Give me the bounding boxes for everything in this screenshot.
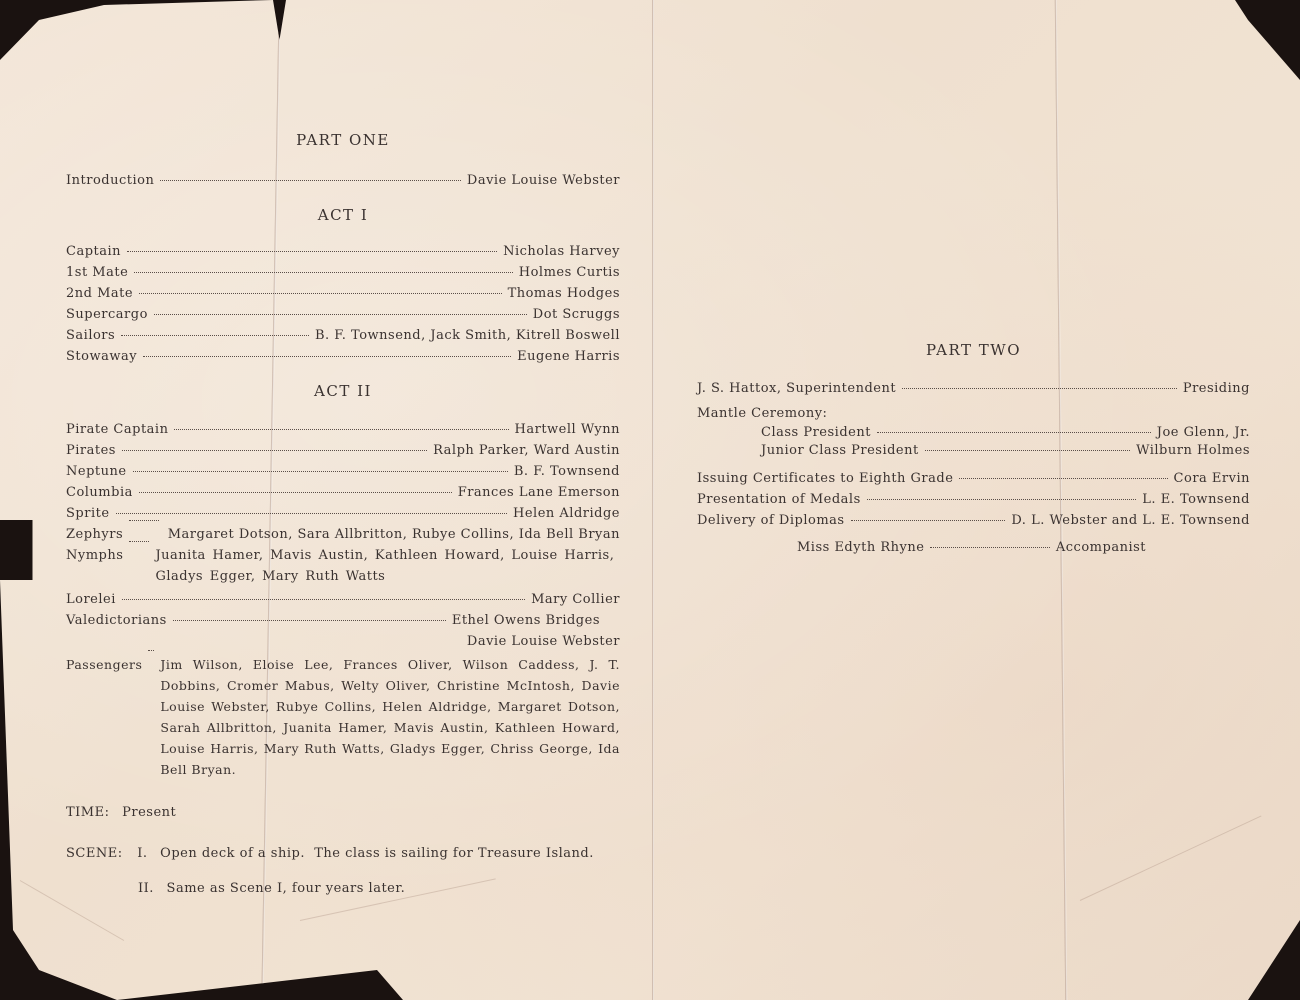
cast-row: 1st Mate Holmes Curtis — [66, 262, 620, 283]
cast-row: Supercargo Dot Scruggs — [66, 304, 620, 325]
performer-name: Wilburn Holmes — [1136, 442, 1250, 460]
ceremony-row: Junior Class President Wilburn Holmes — [761, 442, 1250, 460]
leader-dots — [148, 650, 154, 651]
leader-dots — [127, 251, 497, 252]
performer-name: B. F. Townsend — [514, 461, 620, 482]
performer-name: Frances Lane Emerson — [458, 482, 620, 503]
act-two-cast-list: Pirate Captain Hartwell Wynn Pirates Ral… — [66, 419, 620, 780]
leader-dots — [143, 356, 511, 357]
role-label: Junior Class President — [761, 442, 919, 460]
role-label: Columbia — [66, 482, 133, 503]
accompanist-row: Miss Edyth Rhyne Accompanist — [697, 537, 1250, 558]
role-label: Accompanist — [1056, 537, 1146, 558]
role-label: Presentation of Medals — [697, 489, 861, 510]
role-label: Sprite — [66, 503, 110, 524]
performer-name: Helen Aldridge — [513, 503, 620, 524]
performer-name: Dot Scruggs — [533, 304, 620, 325]
leader-dots — [925, 450, 1130, 451]
leader-dots — [930, 547, 1049, 548]
performer-name: Ethel Owens Bridges — [452, 610, 600, 631]
performer-names: Juanita Hamer, Mavis Austin, Kathleen Ho… — [155, 545, 620, 587]
role-label: J. S. Hattox, Superintendent — [697, 378, 896, 399]
performer-name: Holmes Curtis — [519, 262, 620, 283]
performer-names: Margaret Dotson, Sara Allbritton, Rubye … — [165, 524, 620, 545]
part-one-title: PART ONE — [66, 130, 620, 158]
performer-name: Davie Louise Webster — [467, 634, 620, 649]
role-label: 2nd Mate — [66, 283, 133, 304]
role-label: Pirate Captain — [66, 419, 168, 440]
performer-name: Cora Ervin — [1174, 468, 1250, 489]
center-fold-line — [652, 0, 654, 1000]
part-two-section: PART TWO J. S. Hattox, Superintendent Pr… — [697, 340, 1250, 558]
performer-name: Presiding — [1183, 378, 1250, 399]
part-two-title: PART TWO — [697, 340, 1250, 366]
role-label: Introduction — [66, 170, 154, 191]
leader-dots — [134, 272, 512, 273]
cast-row: 2nd Mate Thomas Hodges — [66, 283, 620, 304]
cast-row: Lorelei Mary Collier — [66, 589, 620, 610]
cast-row: Pirate Captain Hartwell Wynn — [66, 419, 620, 440]
crease — [1080, 816, 1262, 901]
scene-number: I. — [137, 846, 147, 861]
cast-row: Pirates Ralph Parker, Ward Austin — [66, 440, 620, 461]
program-sheet: PART ONE Introduction Davie Louise Webst… — [0, 0, 1300, 1000]
time-line: TIME: Present — [66, 802, 620, 823]
role-label: 1st Mate — [66, 262, 128, 283]
passengers-row: Passengers Jim Wilson, Eloise Lee, Franc… — [66, 654, 620, 780]
act-one-title: ACT I — [66, 205, 620, 241]
mantle-ceremony-label: Mantle Ceremony: — [697, 403, 1250, 424]
leader-dots — [154, 314, 527, 315]
leader-dots — [959, 478, 1167, 479]
mantle-ceremony-list: Class President Joe Glenn, Jr. Junior Cl… — [697, 424, 1250, 460]
cast-row: Neptune B. F. Townsend — [66, 461, 620, 482]
performer-name: B. F. Townsend, Jack Smith, Kitrell Bosw… — [315, 325, 620, 346]
program-row: Issuing Certificates to Eighth Grade Cor… — [697, 468, 1250, 489]
role-label: Stowaway — [66, 346, 137, 367]
leader-dots — [116, 513, 508, 514]
act-one-cast-list: Captain Nicholas Harvey 1st Mate Holmes … — [66, 241, 620, 367]
time-value: Present — [122, 805, 176, 820]
scene-number: II. — [138, 881, 154, 896]
role-label: Captain — [66, 241, 121, 262]
program-row: Presentation of Medals L. E. Townsend — [697, 489, 1250, 510]
cast-row: Sailors B. F. Townsend, Jack Smith, Kitr… — [66, 325, 620, 346]
cast-row: Captain Nicholas Harvey — [66, 241, 620, 262]
scene-line-1: SCENE: I. Open deck of a ship. The class… — [66, 843, 620, 864]
presiding-row: J. S. Hattox, Superintendent Presiding — [697, 378, 1250, 399]
role-label: Issuing Certificates to Eighth Grade — [697, 468, 953, 489]
role-label: Supercargo — [66, 304, 148, 325]
leader-dots — [139, 293, 501, 294]
scene-line-2: II. Same as Scene I, four years later. — [66, 878, 620, 899]
role-label: Class President — [761, 424, 871, 442]
leader-dots — [139, 492, 452, 493]
role-label: Passengers — [66, 654, 142, 675]
performer-name: Thomas Hodges — [508, 283, 620, 304]
performer-name: D. L. Webster and L. E. Townsend — [1011, 510, 1250, 531]
leader-dots — [122, 599, 525, 600]
leader-dots — [121, 335, 309, 336]
performer-name: Mary Collier — [531, 589, 620, 610]
performer-names: Jim Wilson, Eloise Lee, Frances Oliver, … — [160, 654, 620, 780]
performer-name: Eugene Harris — [517, 346, 620, 367]
scene-description: Open deck of a ship. The class is sailin… — [160, 846, 594, 861]
performer-name: Ralph Parker, Ward Austin — [433, 440, 620, 461]
role-label: Nymphs — [66, 545, 123, 566]
part-one-section: PART ONE Introduction Davie Louise Webst… — [66, 130, 620, 899]
nymphs-row: Nymphs Juanita Hamer, Mavis Austin, Kath… — [66, 545, 620, 587]
scene-label: SCENE: — [66, 846, 123, 861]
program-row: Delivery of Diplomas D. L. Webster and L… — [697, 510, 1250, 531]
leader-dots — [129, 541, 149, 542]
role-label: Pirates — [66, 440, 116, 461]
leader-dots — [133, 471, 508, 472]
leader-dots — [902, 388, 1177, 389]
role-label: Sailors — [66, 325, 115, 346]
leader-dots — [877, 432, 1151, 433]
role-label: Lorelei — [66, 589, 116, 610]
performer-name: Hartwell Wynn — [515, 419, 620, 440]
valedictorian-second-row: Davie Louise Webster — [66, 631, 620, 652]
role-label: Delivery of Diplomas — [697, 510, 845, 531]
valedictorians-row: Valedictorians Ethel Owens Bridges — [66, 610, 620, 631]
leader-dots — [867, 499, 1137, 500]
introduction-row: Introduction Davie Louise Webster — [66, 170, 620, 191]
leader-dots — [174, 429, 508, 430]
role-label: Zephyrs — [66, 524, 123, 545]
role-label: Neptune — [66, 461, 127, 482]
leader-dots — [129, 520, 159, 521]
leader-dots — [160, 180, 461, 181]
performer-name: Davie Louise Webster — [467, 170, 620, 191]
leader-dots — [122, 450, 427, 451]
performer-name: Joe Glenn, Jr. — [1157, 424, 1250, 442]
performer-name: Nicholas Harvey — [503, 241, 620, 262]
performer-name: Miss Edyth Rhyne — [797, 537, 924, 558]
act-two-title: ACT II — [66, 381, 620, 419]
ceremony-row: Class President Joe Glenn, Jr. — [761, 424, 1250, 442]
performer-name: L. E. Townsend — [1142, 489, 1250, 510]
role-label: Valedictorians — [66, 610, 167, 631]
scene-description: Same as Scene I, four years later. — [167, 881, 406, 896]
cast-row: Stowaway Eugene Harris — [66, 346, 620, 367]
program-items-list: Issuing Certificates to Eighth Grade Cor… — [697, 468, 1250, 531]
cast-row: Columbia Frances Lane Emerson — [66, 482, 620, 503]
time-label: TIME: — [66, 805, 110, 820]
leader-dots — [173, 620, 446, 621]
leader-dots — [851, 520, 1006, 521]
